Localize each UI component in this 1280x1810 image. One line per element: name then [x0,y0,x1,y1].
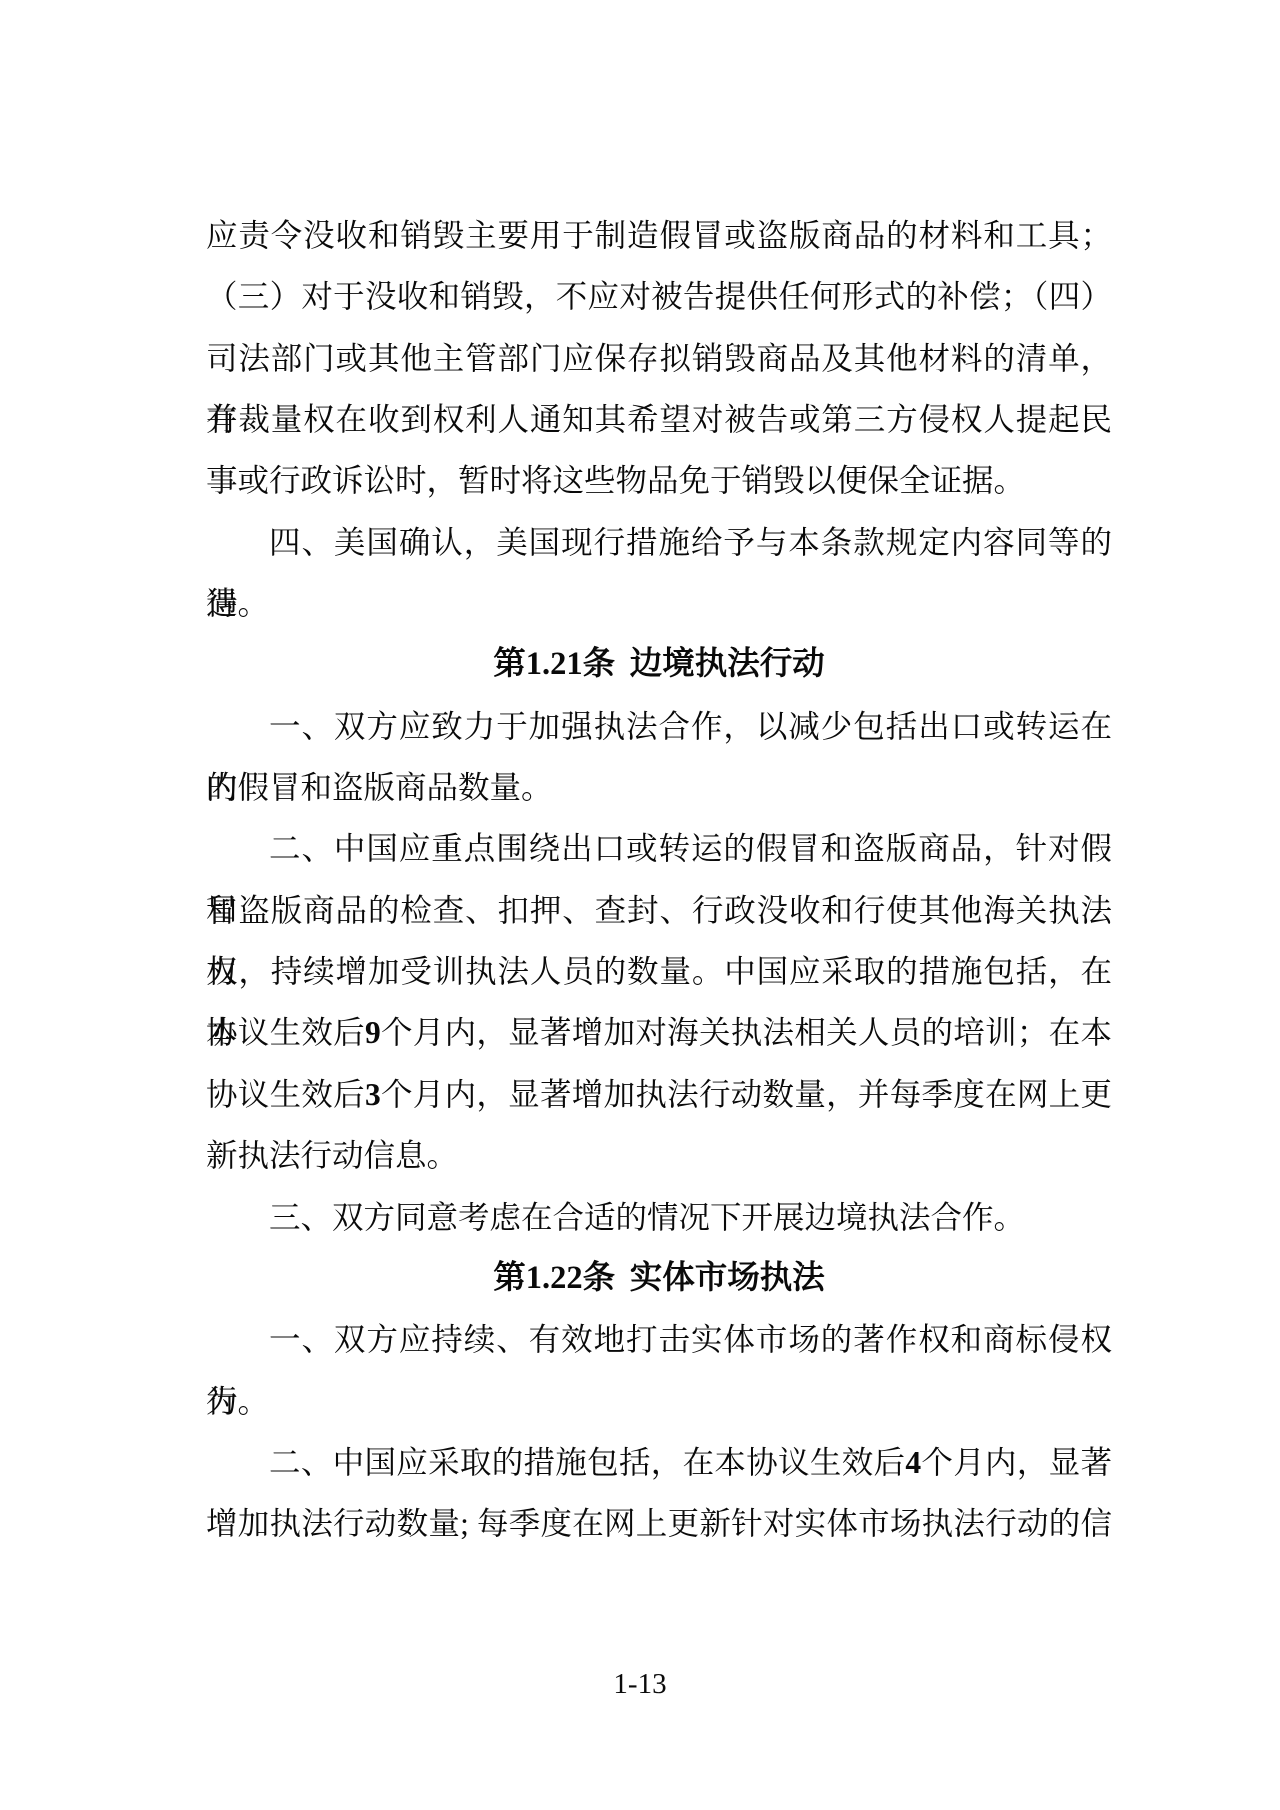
text-line: 力，持续增加受训执法人员的数量。中国应采取的措施包括，在本 [206,941,1112,1002]
page-number: 1-13 [0,1668,1280,1701]
text-segment: 有裁量权在收到权利人通知其希望对被告或第三方侵权人提起民 [206,402,1112,437]
text-line: 应责令没收和销毁主要用于制造假冒或盗版商品的材料和工具； [206,205,1112,266]
text-segment: 事或行政诉讼时，暂时将这些物品免于销毁以便保全证据。 [206,463,1025,498]
text-segment: 增加执法行动数量; [206,1506,469,1541]
text-line: 遇。 [206,573,1112,634]
text-line: 的假冒和盗版商品数量。 [206,757,1112,818]
document-body: 应责令没收和销毁主要用于制造假冒或盗版商品的材料和工具；（三）对于没收和销毁，不… [206,205,1112,1555]
text-line: 一、双方应致力于加强执法合作，以减少包括出口或转运在内 [206,696,1112,757]
text-line: 四、美国确认，美国现行措施给予与本条款规定内容同等的待 [206,512,1112,573]
text-line: 增加执法行动数量; 每季度在网上更新针对实体市场执法行动的信 [206,1493,1112,1554]
text-line: 二、中国应重点围绕出口或转运的假冒和盗版商品，针对假冒 [206,818,1112,879]
text-line: 三、双方同意考虑在合适的情况下开展边境执法合作。 [206,1187,1112,1248]
text-line: 一、双方应持续、有效地打击实体市场的著作权和商标侵权行 [206,1309,1112,1370]
text-segment: 为。 [206,1384,269,1419]
inline-number: 9 [365,1015,381,1050]
document-page: 应责令没收和销毁主要用于制造假冒或盗版商品的材料和工具；（三）对于没收和销毁，不… [0,0,1280,1810]
section-heading: 第1.21条边境执法行动 [206,634,1112,695]
text-segment: 的假冒和盗版商品数量。 [206,770,553,805]
heading-title: 实体市场执法 [630,1260,825,1296]
inline-number: 4 [905,1445,921,1480]
text-line: 协议生效后9个月内，显著增加对海关执法相关人员的培训；在本 [206,1002,1112,1063]
text-segment: 个月内，显著 [921,1445,1112,1480]
text-segment: 三、双方同意考虑在合适的情况下开展边境执法合作。 [269,1200,1025,1235]
text-segment: 新执法行动信息。 [206,1138,458,1173]
inline-number: 3 [365,1077,381,1112]
text-segment: 协议生效后 [206,1015,365,1050]
text-line: 为。 [206,1371,1112,1432]
text-segment: 应责令没收和销毁主要用于制造假冒或盗版商品的材料和工具； [206,218,1112,253]
text-line: 二、中国应采取的措施包括，在本协议生效后4个月内，显著 [206,1432,1112,1493]
text-line: 新执法行动信息。 [206,1125,1112,1186]
text-segment: 个月内，显著增加执法行动数量，并每季度在网上更 [381,1077,1112,1112]
heading-number: 第1.21条 [493,646,615,682]
section-heading: 第1.22条实体市场执法 [206,1248,1112,1309]
text-segment: 二、中国应采取的措施包括，在本协议生效后 [269,1445,905,1480]
text-segment: 协议生效后 [206,1077,365,1112]
text-line: 和盗版商品的检查、扣押、查封、行政没收和行使其他海关执法权 [206,880,1112,941]
text-segment: （三）对于没收和销毁，不应对被告提供任何形式的补偿；（四） [206,279,1112,314]
text-segment: 个月内，显著增加对海关执法相关人员的培训；在本 [381,1015,1112,1050]
text-segment: 遇。 [206,586,269,621]
text-line: 有裁量权在收到权利人通知其希望对被告或第三方侵权人提起民 [206,389,1112,450]
text-line: 司法部门或其他主管部门应保存拟销毁商品及其他材料的清单，并 [206,328,1112,389]
text-segment: 每季度在网上更新针对实体市场执法行动的信 [469,1506,1112,1541]
heading-title: 边境执法行动 [630,646,825,682]
text-line: （三）对于没收和销毁，不应对被告提供任何形式的补偿；（四） [206,266,1112,327]
text-line: 协议生效后3个月内，显著增加执法行动数量，并每季度在网上更 [206,1064,1112,1125]
text-line: 事或行政诉讼时，暂时将这些物品免于销毁以便保全证据。 [206,450,1112,511]
heading-number: 第1.22条 [493,1260,615,1296]
